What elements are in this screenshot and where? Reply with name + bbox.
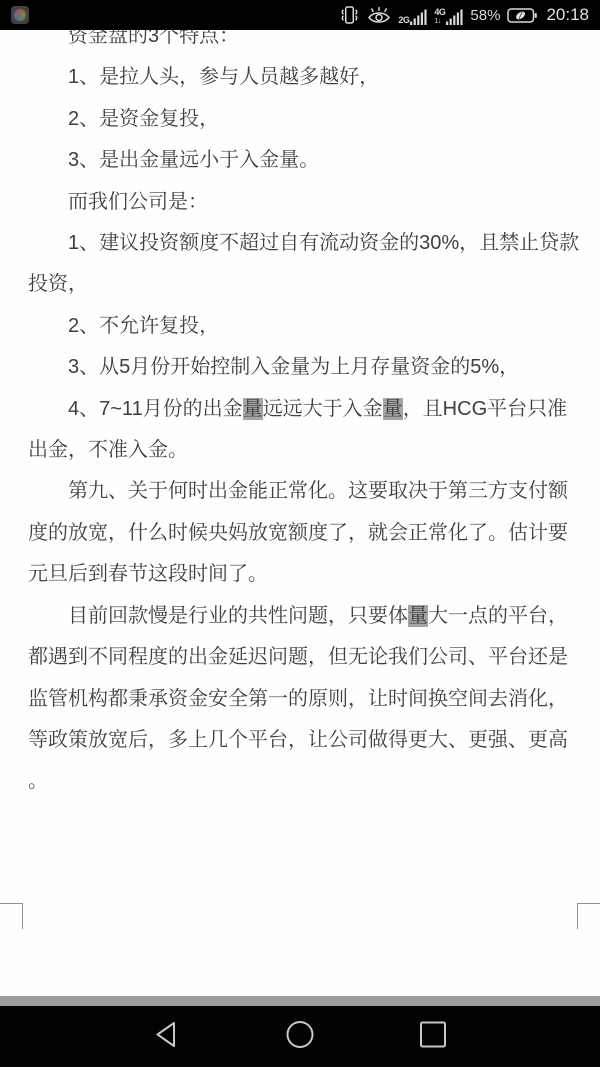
page-bottom-strip <box>0 996 600 1006</box>
home-circle-icon <box>285 1019 315 1049</box>
text-line: 3、是出金量远小于入金量。 <box>28 140 574 181</box>
paragraph: 2、是资金复投， <box>28 99 574 140</box>
gallery-notification-icon <box>11 6 29 24</box>
page-margin-mark-right <box>577 903 600 929</box>
paragraph: 1、建议投资额度不超过自有流动资金的30%，且禁止贷款投资， <box>28 223 574 306</box>
android-navigation-bar <box>0 1006 600 1067</box>
power-saving-leaf-glyph <box>515 10 528 22</box>
highlighted-char: 量 <box>383 398 403 420</box>
text-line: 。 <box>28 761 574 802</box>
clock: 20:18 <box>546 5 589 25</box>
text-line: 1、建议投资额度不超过自有流动资金的30%，且禁止贷款 <box>28 223 574 264</box>
paragraph: 3、从5月份开始控制入金量为上月存量资金的5%， <box>28 347 574 388</box>
document-page[interactable]: 资金盘的3个特点：1、是拉人头，参与人员越多越好，2、是资金复投，3、是出金量远… <box>0 0 600 996</box>
highlighted-char: 量 <box>408 605 428 627</box>
paragraph: 目前回款慢是行业的共性问题，只要体量大一点的平台，都遇到不同程度的出金延迟问题，… <box>28 596 574 803</box>
phone-screen: 2G 4G 1↓ <box>0 0 600 1067</box>
text-line: 都遇到不同程度的出金延迟问题，但无论我们公司、平台还是 <box>28 637 574 678</box>
page-margin-mark-left <box>0 903 23 929</box>
eye-comfort-icon <box>367 6 391 25</box>
recents-button[interactable] <box>418 1019 448 1054</box>
sim2-network-label: 4G <box>434 8 445 17</box>
paragraph: 4、7~11月份的出金量远远大于入金量，且HCG平台只准出金，不准入金。 <box>28 389 574 472</box>
paragraph: 3、是出金量远小于入金量。 <box>28 140 574 181</box>
back-button[interactable] <box>152 1019 182 1054</box>
colorful-app-glyph <box>14 9 26 21</box>
paragraph: 第九、关于何时出金能正常化。这要取决于第三方支付额度的放宽，什么时候央妈放宽额度… <box>28 471 574 595</box>
paragraph: 2、不允许复投， <box>28 306 574 347</box>
sim1-network-label: 2G <box>398 16 409 25</box>
text-line: 4、7~11月份的出金量远远大于入金量，且HCG平台只准 <box>28 389 574 430</box>
vibrate-icon <box>339 5 360 25</box>
paragraph: 而我们公司是： <box>28 182 574 223</box>
text-line: 目前回款慢是行业的共性问题，只要体量大一点的平台， <box>28 596 574 637</box>
text-line: 2、不允许复投， <box>28 306 574 347</box>
back-triangle-icon <box>152 1019 182 1049</box>
document-body: 资金盘的3个特点：1、是拉人头，参与人员越多越好，2、是资金复投，3、是出金量远… <box>28 16 574 803</box>
status-bar: 2G 4G 1↓ <box>0 0 600 30</box>
recents-square-icon <box>418 1019 448 1049</box>
sim2-signal-icon: 4G 1↓ <box>434 5 463 25</box>
text-line: 第九、关于何时出金能正常化。这要取决于第三方支付额 <box>28 471 574 512</box>
battery-percentage: 58% <box>470 7 500 24</box>
status-bar-left <box>11 6 29 24</box>
status-bar-right: 2G 4G 1↓ <box>339 5 589 25</box>
sim1-bars <box>410 5 427 25</box>
text-line: 投资， <box>28 264 574 305</box>
sim2-sub-label: 1↓ <box>434 18 440 25</box>
text-line: 2、是资金复投， <box>28 99 574 140</box>
home-button[interactable] <box>285 1019 315 1054</box>
battery-icon <box>507 7 537 24</box>
sim2-bars <box>446 5 463 25</box>
paragraph: 1、是拉人头，参与人员越多越好， <box>28 57 574 98</box>
text-line: 3、从5月份开始控制入金量为上月存量资金的5%， <box>28 347 574 388</box>
text-line: 出金，不准入金。 <box>28 430 574 471</box>
text-line: 等政策放宽后，多上几个平台，让公司做得更大、更强、更高 <box>28 720 574 761</box>
sim1-signal-icon: 2G <box>398 5 427 25</box>
text-line: 元旦后到春节这段时间了。 <box>28 554 574 595</box>
text-line: 度的放宽，什么时候央妈放宽额度了，就会正常化了。估计要 <box>28 513 574 554</box>
highlighted-char: 量 <box>243 398 263 420</box>
text-line: 1、是拉人头，参与人员越多越好， <box>28 57 574 98</box>
text-line: 监管机构都秉承资金安全第一的原则，让时间换空间去消化， <box>28 679 574 720</box>
text-line: 而我们公司是： <box>28 182 574 223</box>
